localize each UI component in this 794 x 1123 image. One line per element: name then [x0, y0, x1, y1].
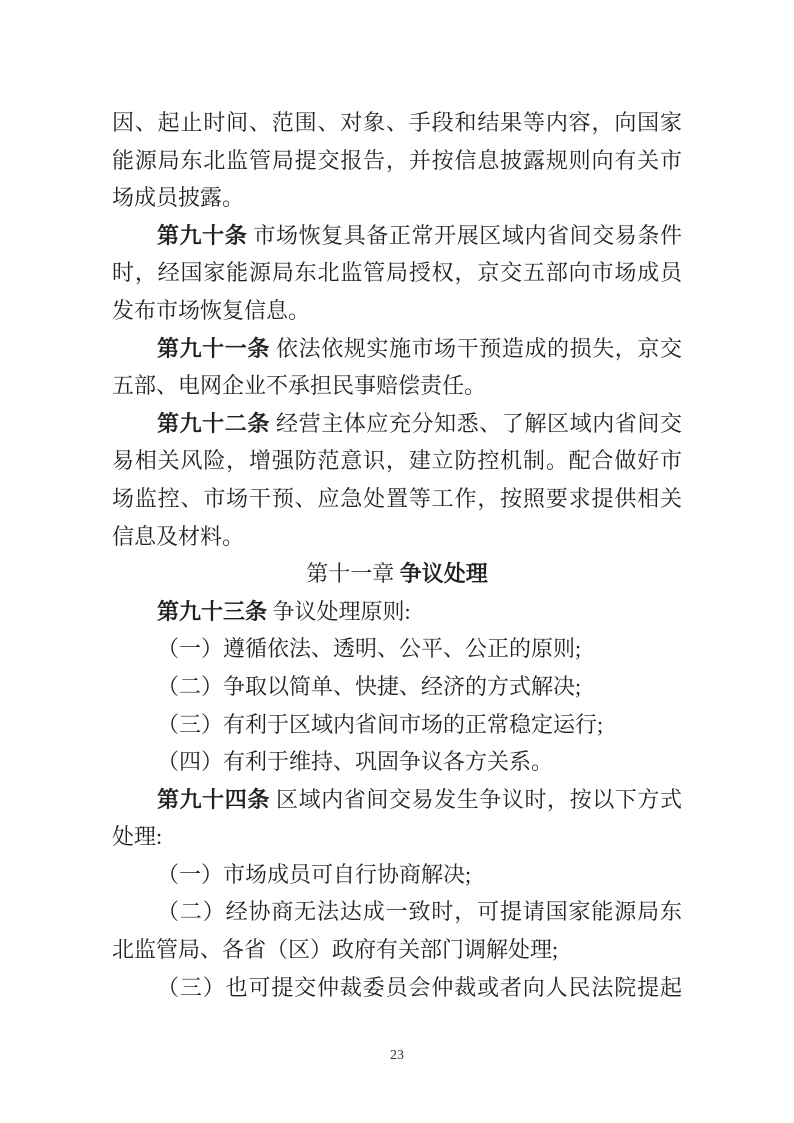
text-line: （三）有利于区域内省间市场的正常稳定运行; [112, 706, 682, 744]
text-line: （二）争取以简单、快捷、经济的方式解决; [112, 668, 682, 706]
document-body: 因、起止时间、范围、对象、手段和结果等内容，向国家能源局东北监管局提交报告，并按… [112, 104, 682, 1006]
text-segment: （二）争取以简单、快捷、经济的方式解决; [157, 674, 581, 699]
text-segment: 北监管局、各省（区）政府有关部门调解处理; [112, 937, 558, 962]
text-line: 五部、电网企业不承担民事赔偿责任。 [112, 367, 682, 405]
text-line: 第九十一条 依法依规实施市场干预造成的损失，京交 [112, 330, 682, 368]
article-number: 第九十一条 [157, 336, 270, 361]
text-segment: 处理: [112, 824, 162, 849]
text-line: 处理: [112, 818, 682, 856]
text-line: （二）经协商无法达成一致时，可提请国家能源局东 [112, 893, 682, 931]
text-line: 第九十条 市场恢复具备正常开展区域内省间交易条件 [112, 217, 682, 255]
text-line: 因、起止时间、范围、对象、手段和结果等内容，向国家 [112, 104, 682, 142]
text-segment: 市场恢复具备正常开展区域内省间交易条件 [247, 223, 682, 248]
text-segment: （一）遵循依法、透明、公平、公正的原则; [157, 636, 581, 661]
text-line: （四）有利于维持、巩固争议各方关系。 [112, 743, 682, 781]
text-line: 易相关风险，增强防范意识，建立防控机制。配合做好市 [112, 442, 682, 480]
text-line: （一）遵循依法、透明、公平、公正的原则; [112, 630, 682, 668]
text-line: 能源局东北监管局提交报告，并按信息披露规则向有关市 [112, 142, 682, 180]
text-line: 第九十二条 经营主体应充分知悉、了解区域内省间交 [112, 405, 682, 443]
text-line: 北监管局、各省（区）政府有关部门调解处理; [112, 931, 682, 969]
article-number: 第九十条 [157, 223, 247, 248]
text-line: （三）也可提交仲裁委员会仲裁或者向人民法院提起 [112, 969, 682, 1007]
text-segment: （二）经协商无法达成一致时，可提请国家能源局东 [157, 899, 682, 924]
text-segment: 易相关风险，增强防范意识，建立防控机制。配合做好市 [112, 448, 682, 473]
text-line: 第九十四条 区域内省间交易发生争议时，按以下方式 [112, 781, 682, 819]
text-segment: 依法依规实施市场干预造成的损失，京交 [270, 336, 682, 361]
text-line: 场成员披露。 [112, 179, 682, 217]
text-line: 第九十三条 争议处理原则: [112, 593, 682, 631]
text-line: （一）市场成员可自行协商解决; [112, 856, 682, 894]
text-line: 时，经国家能源局东北监管局授权，京交五部向市场成员 [112, 254, 682, 292]
article-number: 第九十二条 [157, 411, 270, 436]
text-segment: （三）有利于区域内省间市场的正常稳定运行; [157, 712, 603, 737]
chapter-title: 争议处理 [400, 561, 488, 586]
text-segment: 五部、电网企业不承担民事赔偿责任。 [112, 373, 486, 398]
text-segment: 经营主体应充分知悉、了解区域内省间交 [270, 411, 682, 436]
text-segment: 因、起止时间、范围、对象、手段和结果等内容，向国家 [112, 110, 682, 135]
chapter-heading: 第十一章 争议处理 [112, 555, 682, 593]
text-segment: 发布市场恢复信息。 [112, 298, 310, 323]
article-number: 第九十三条 [157, 599, 267, 624]
text-line: 信息及材料。 [112, 518, 682, 556]
text-segment: （四）有利于维持、巩固争议各方关系。 [157, 749, 553, 774]
text-segment: 争议处理原则: [267, 599, 411, 624]
page-footer: 23 [0, 1046, 794, 1066]
text-segment: 信息及材料。 [112, 524, 244, 549]
document-page: 因、起止时间、范围、对象、手段和结果等内容，向国家能源局东北监管局提交报告，并按… [0, 0, 794, 1123]
text-segment: （一）市场成员可自行协商解决; [157, 862, 471, 887]
page-number: 23 [390, 1048, 404, 1063]
text-segment: 能源局东北监管局提交报告，并按信息披露规则向有关市 [112, 148, 682, 173]
text-segment: 时，经国家能源局东北监管局授权，京交五部向市场成员 [112, 260, 682, 285]
text-segment: 场监控、市场干预、应急处置等工作，按照要求提供相关 [112, 486, 682, 511]
text-segment: 第十一章 [306, 561, 400, 586]
text-segment: 区域内省间交易发生争议时，按以下方式 [270, 787, 682, 812]
text-line: 场监控、市场干预、应急处置等工作，按照要求提供相关 [112, 480, 682, 518]
article-number: 第九十四条 [157, 787, 270, 812]
text-segment: 场成员披露。 [112, 185, 244, 210]
text-line: 发布市场恢复信息。 [112, 292, 682, 330]
text-segment: （三）也可提交仲裁委员会仲裁或者向人民法院提起 [157, 975, 682, 1000]
